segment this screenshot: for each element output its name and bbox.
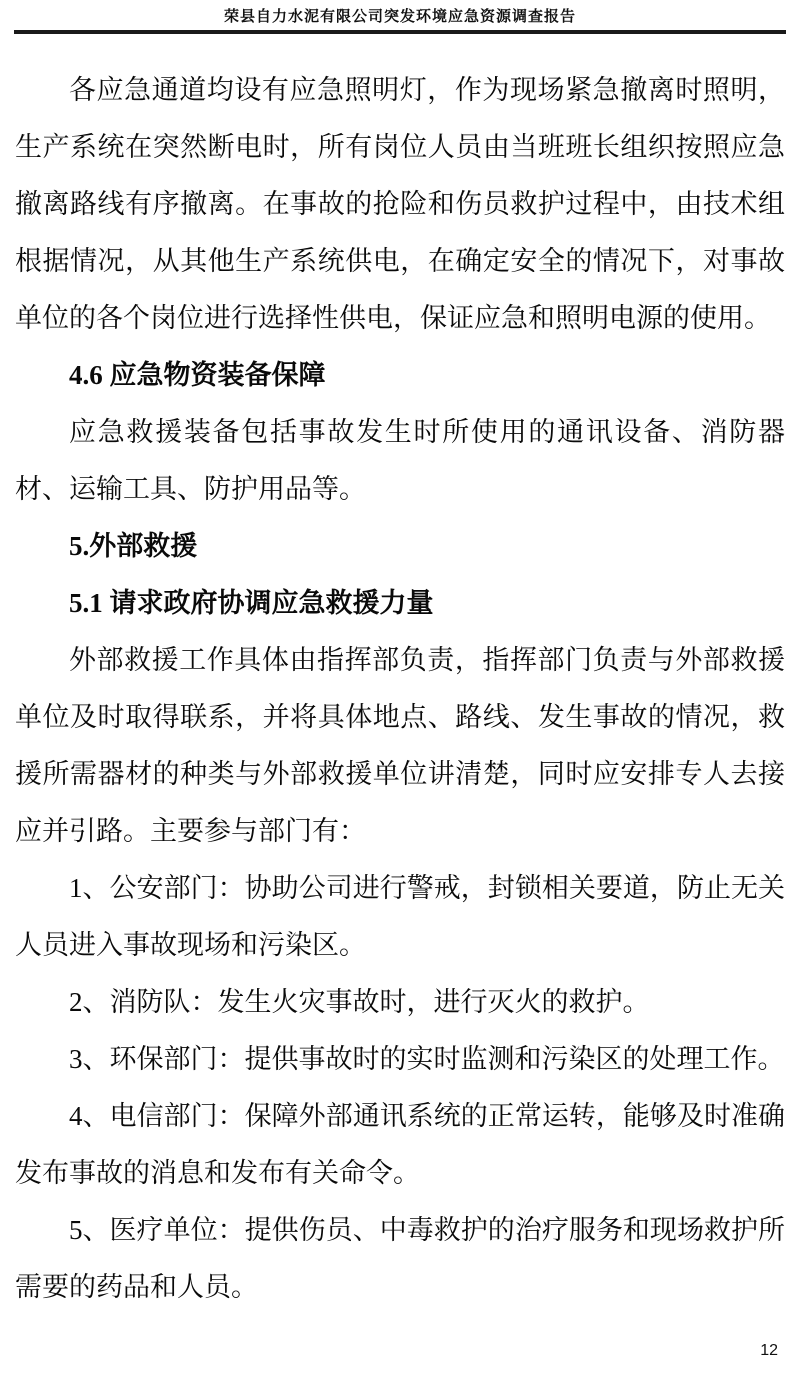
header-title: 荣县自力水泥有限公司突发环境应急资源调查报告	[14, 0, 786, 30]
body-paragraph: 外部救援工作具体由指挥部负责，指挥部门负责与外部救援单位及时取得联系，并将具体地…	[15, 632, 785, 860]
body-paragraph: 3、环保部门：提供事故时的实时监测和污染区的处理工作。	[15, 1031, 785, 1088]
header-rule	[14, 30, 786, 34]
body-paragraph: 2、消防队：发生火灾事故时，进行灭火的救护。	[15, 974, 785, 1031]
section-heading: 4.6 应急物资装备保障	[15, 347, 785, 404]
page-header: 荣县自力水泥有限公司突发环境应急资源调查报告	[14, 0, 786, 34]
body-paragraph: 4、电信部门：保障外部通讯系统的正常运转，能够及时准确发布事故的消息和发布有关命…	[15, 1088, 785, 1202]
body-paragraph: 各应急通道均设有应急照明灯，作为现场紧急撤离时照明，生产系统在突然断电时，所有岗…	[15, 62, 785, 347]
body-paragraph: 5、医疗单位：提供伤员、中毒救护的治疗服务和现场救护所需要的药品和人员。	[15, 1202, 785, 1316]
body-paragraph: 1、公安部门：协助公司进行警戒，封锁相关要道，防止无关人员进入事故现场和污染区。	[15, 860, 785, 974]
page-number: 12	[760, 1342, 778, 1360]
section-heading: 5.1 请求政府协调应急救援力量	[15, 575, 785, 632]
section-heading: 5.外部救援	[15, 518, 785, 575]
document-body: 各应急通道均设有应急照明灯，作为现场紧急撤离时照明，生产系统在突然断电时，所有岗…	[15, 62, 785, 1316]
body-paragraph: 应急救援装备包括事故发生时所使用的通讯设备、消防器材、运输工具、防护用品等。	[15, 404, 785, 518]
